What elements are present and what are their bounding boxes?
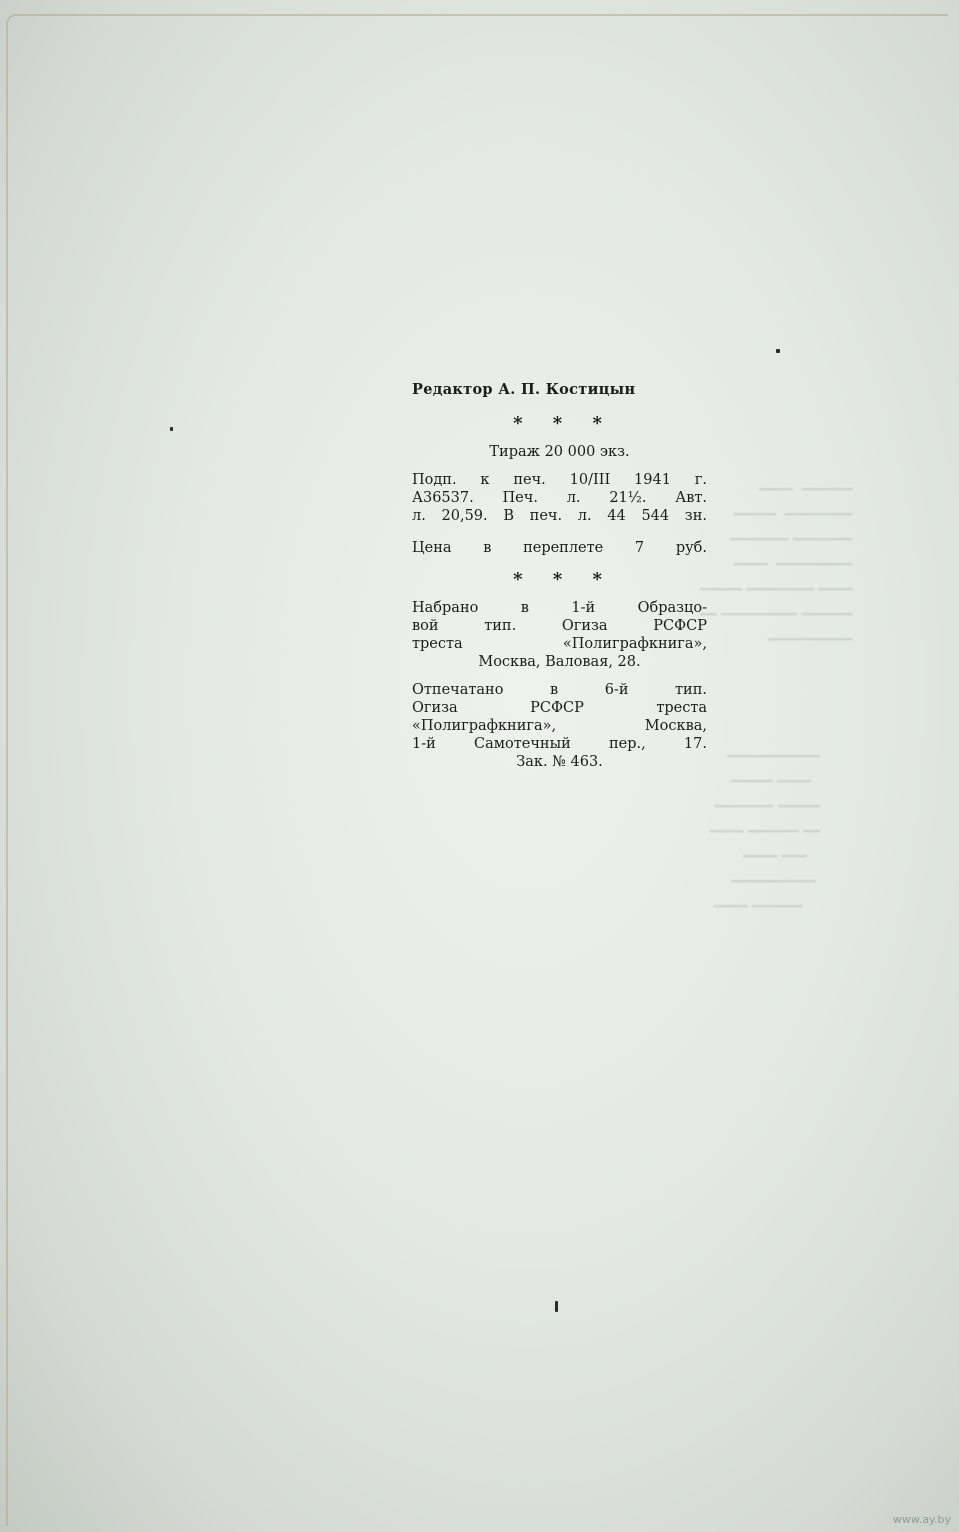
printed-info-line: 1-й Самотечный пер., 17.: [412, 735, 707, 753]
printed-info-line: Огиза РСФСР треста: [412, 699, 707, 717]
bleed-through-text: ━━━━━━ ━━━━ ━━━━━━━━ ━━━━━ ━━━━━━━ ━━━━━…: [700, 478, 852, 653]
publication-details-line: Подп. к печ. 10/III 1941 г.: [412, 471, 707, 489]
printed-info: Отпечатано в 6-й тип. Огиза РСФСР треста…: [412, 681, 707, 771]
separator-stars: * * *: [412, 415, 707, 433]
price: Цена в переплете 7 руб.: [412, 539, 707, 557]
typeset-info: Набрано в 1-й Образцо- вой тип. Огиза РС…: [412, 599, 707, 671]
watermark: www.ay.by: [893, 1513, 951, 1526]
typeset-info-line: вой тип. Огиза РСФСР: [412, 617, 707, 635]
bleed-through-text-2: ━━━━━━━━━━━ ━━━━ ━━━━━ ━━━━━ ━━━━━━━ ━━ …: [710, 745, 820, 920]
ink-speck: [170, 427, 173, 431]
order-number: Зак. № 463.: [412, 753, 707, 771]
separator-stars: * * *: [412, 571, 707, 589]
print-run: Тираж 20 000 экз.: [412, 443, 707, 461]
editor-line: Редактор А. П. Костицын: [412, 381, 707, 399]
typeset-info-line: треста «Полиграфкнига»,: [412, 635, 707, 653]
imprint-block: Редактор А. П. Костицын * * * Тираж 20 0…: [412, 381, 707, 771]
ink-speck: [555, 1301, 558, 1312]
publication-details: Подп. к печ. 10/III 1941 г. А36537. Печ.…: [412, 471, 707, 525]
publication-details-line: л. 20,59. В печ. л. 44 544 зн.: [412, 507, 707, 525]
printed-info-line: Отпечатано в 6-й тип.: [412, 681, 707, 699]
typeset-info-line: Москва, Валовая, 28.: [412, 653, 707, 671]
book-page: ━━━━━━ ━━━━ ━━━━━━━━ ━━━━━ ━━━━━━━ ━━━━━…: [0, 0, 959, 1532]
ink-speck: [776, 349, 780, 353]
printed-info-line: «Полиграфкнига», Москва,: [412, 717, 707, 735]
typeset-info-line: Набрано в 1-й Образцо-: [412, 599, 707, 617]
publication-details-line: А36537. Печ. л. 21½. Авт.: [412, 489, 707, 507]
